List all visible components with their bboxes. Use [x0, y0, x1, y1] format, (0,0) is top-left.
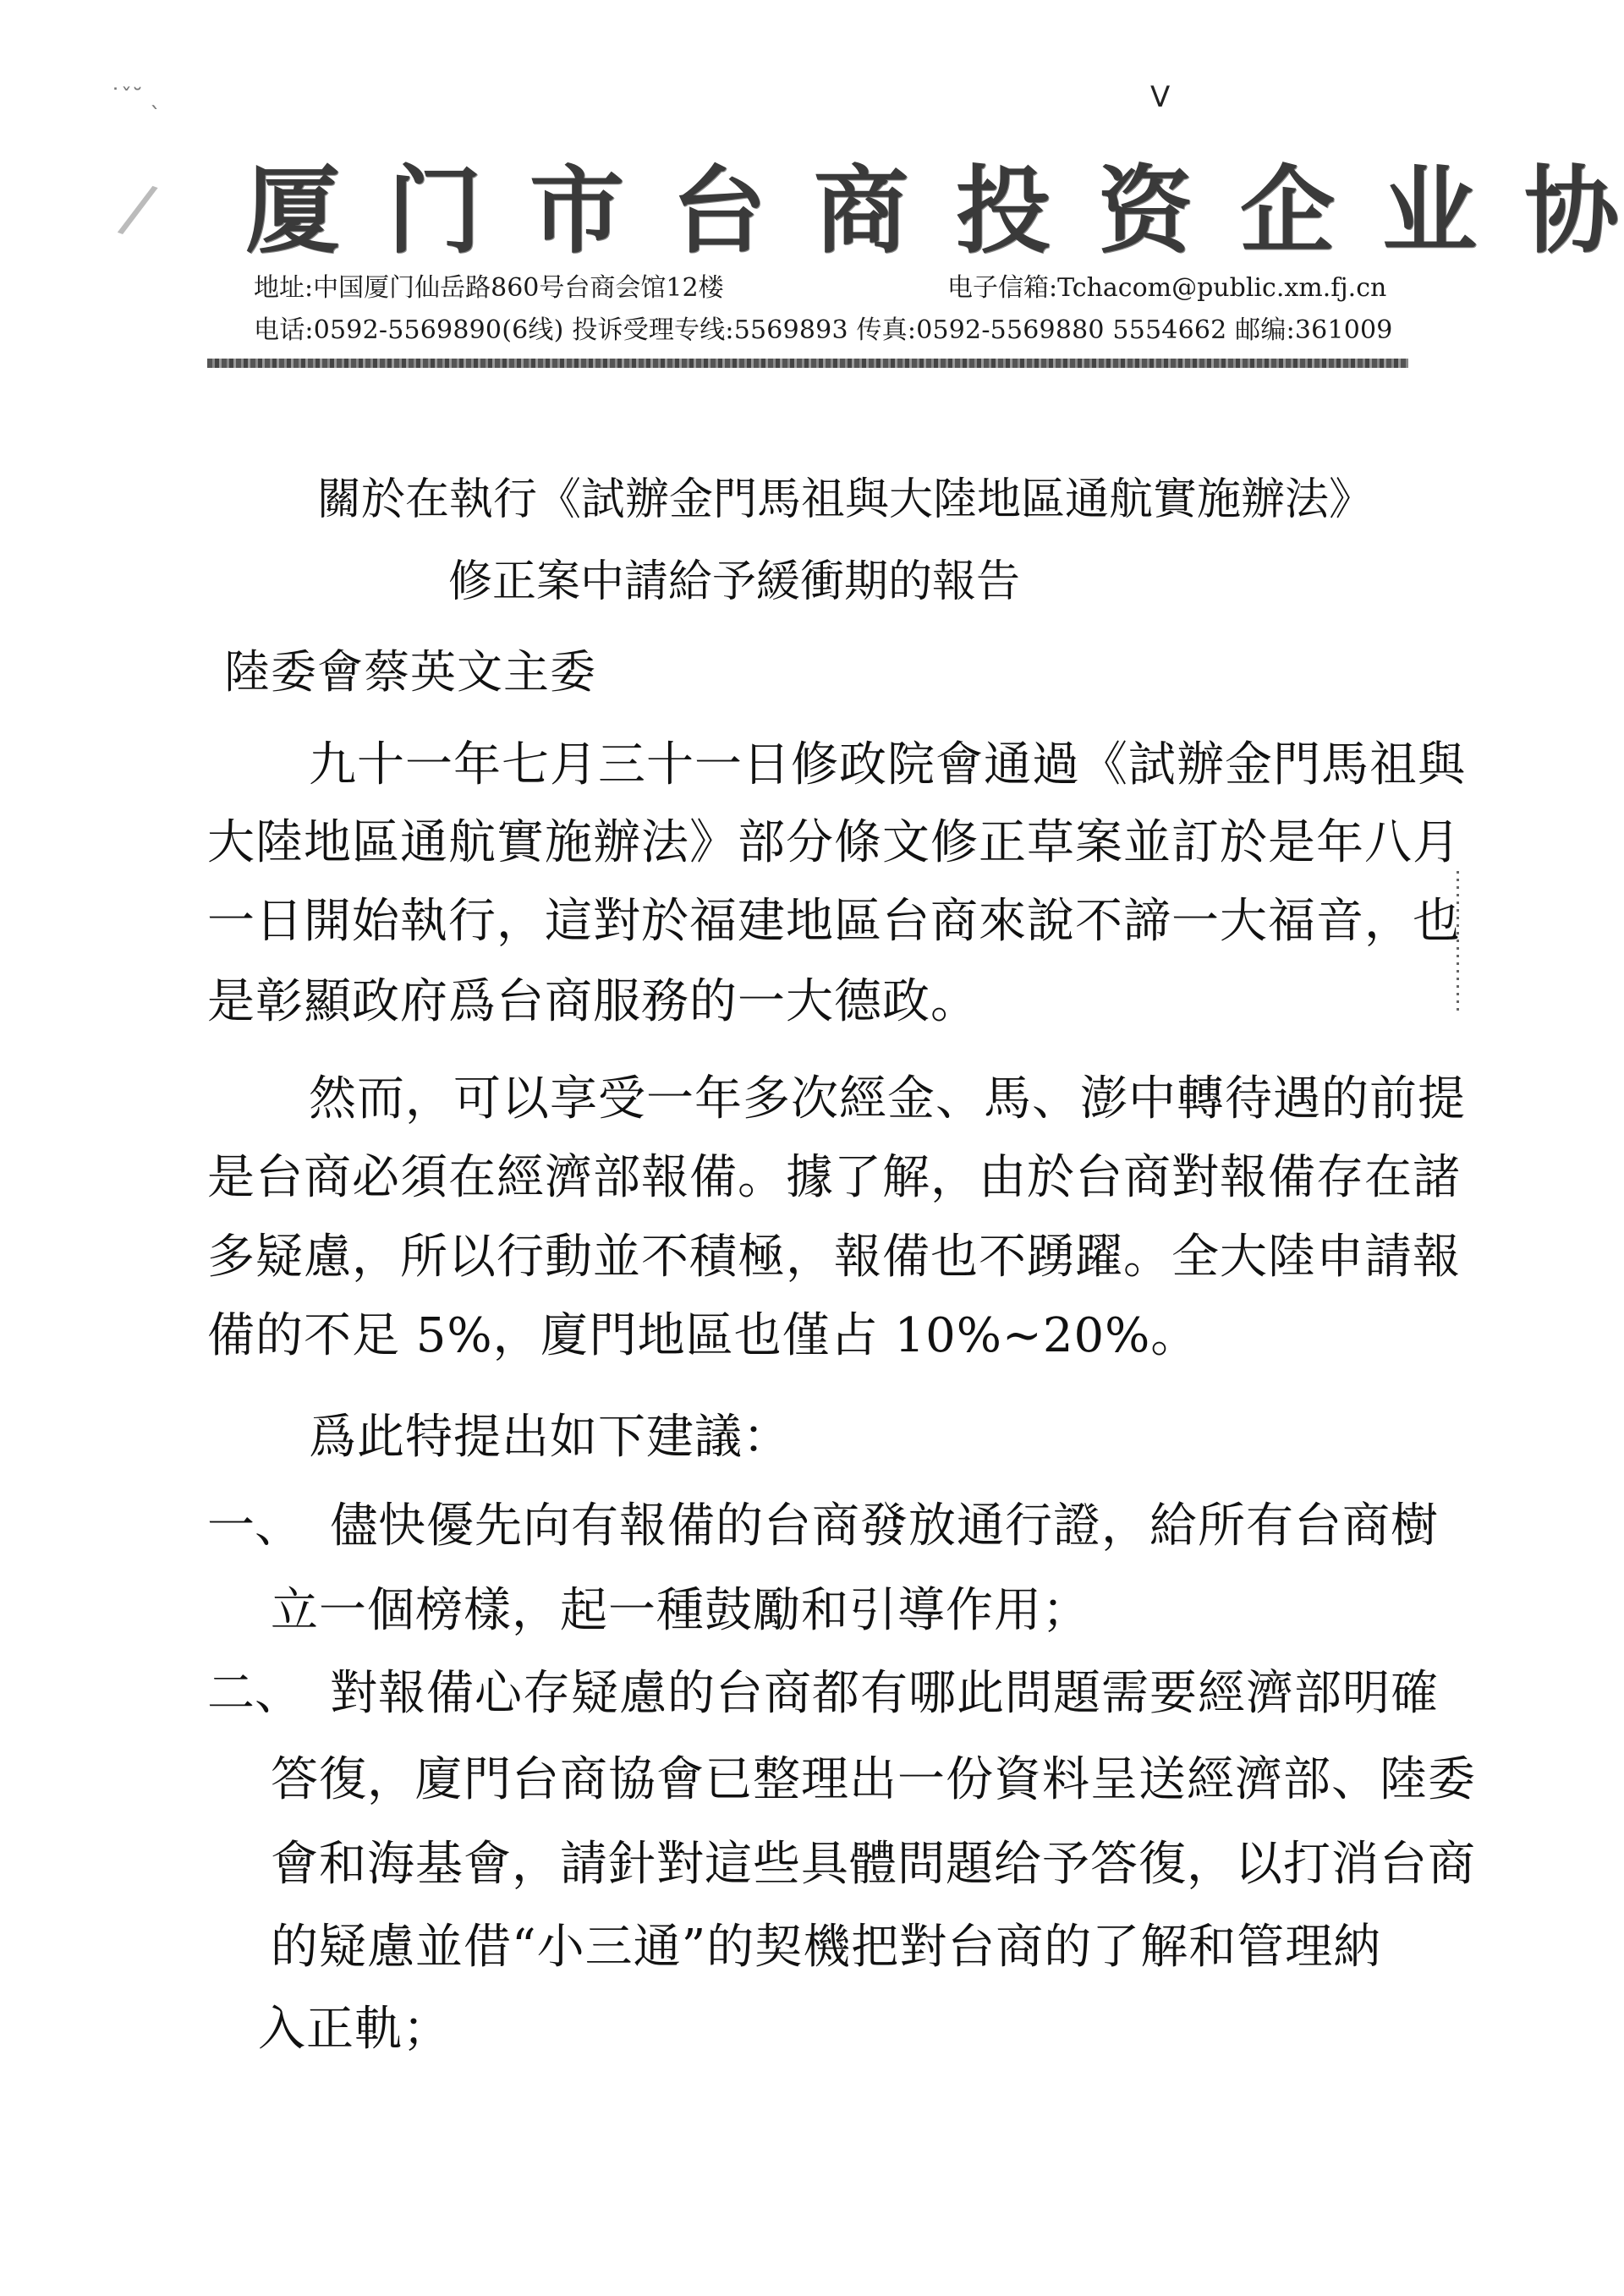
document-title-line-1: 關於在執行《試辦金門馬祖與大陸地區通航實施辦法》 [317, 463, 1373, 527]
salutation: 陸委會蔡英文主委 [224, 636, 596, 701]
paragraph-2-line-4: 備的不足 5%，廈門地區也僅占 10%~20%。 [207, 1298, 1199, 1366]
phone-fax-text: 电话:0592-5569890(6线) 投诉受理专线:5569893 传真:05… [254, 309, 1393, 346]
organization-name: 厦门市台商投资企业协会 [245, 135, 1624, 271]
address-text: 地址:中国厦门仙岳路860号台商会馆12楼 [254, 266, 724, 304]
paragraph-1-line-4: 是彰顯政府爲台商服務的一大德政。 [207, 964, 979, 1032]
paragraph-2-line-3: 多疑慮，所以行動並不積極，報備也不踴躍。全大陸申請報 [207, 1219, 1461, 1287]
paragraph-1-line-3: 一日開始執行，這對於福建地區台商來說不諦一大福音，也 [207, 884, 1461, 951]
suggestion-2-line-3: 會和海基會，請針對這些具體問題给予答復，以打消台商 [271, 1827, 1476, 1894]
scan-artifact-top-left: ˙ˇ˘ ˎ [110, 85, 161, 110]
suggestion-1-line-1: 儘快優先向有報備的台商發放通行證，給所有台商樹 [330, 1488, 1439, 1556]
suggestion-1-marker: 一、 [207, 1488, 302, 1556]
handwritten-check-mark: V [1150, 80, 1170, 114]
paragraph-1-line-1: 九十一年七月三十一日修政院會通過《試辦金門馬祖與 [309, 727, 1466, 795]
suggestion-1-line-2: 立一個榜樣，起一種鼓勵和引導作用； [271, 1573, 1090, 1641]
scan-artifact-slash: / [114, 167, 162, 249]
email-text: 电子信箱:Tchacom@public.xm.fj.cn [947, 266, 1386, 304]
document-title-line-2: 修正案中請給予緩衝期的報告 [448, 545, 1020, 609]
paragraph-3-line-1: 爲此特提出如下建議： [309, 1400, 791, 1467]
suggestion-2-line-2: 答復，廈門台商協會已整理出一份資料呈送經濟部、陸委 [271, 1742, 1476, 1810]
paragraph-1-line-2: 大陸地區通航實施辦法》部分條文修正草案並訂於是年八月 [207, 805, 1461, 873]
suggestion-2-line-1: 對報備心存疑慮的台商都有哪此問題需要經濟部明確 [330, 1656, 1439, 1723]
suggestion-2-line-4: 的疑慮並借“小三通”的契機把對台商的了解和管理納 [271, 1910, 1381, 1977]
letterhead-divider [207, 359, 1408, 368]
paragraph-2-line-2: 是台商必須在經濟部報備。據了解，由於台商對報備存在諸 [207, 1140, 1461, 1208]
suggestion-2-line-5: 入正軌； [258, 1992, 451, 2059]
suggestion-2-marker: 二、 [207, 1656, 302, 1723]
paragraph-2-line-1: 然而，可以享受一年多次經金、馬、澎中轉待遇的前提 [309, 1061, 1466, 1129]
